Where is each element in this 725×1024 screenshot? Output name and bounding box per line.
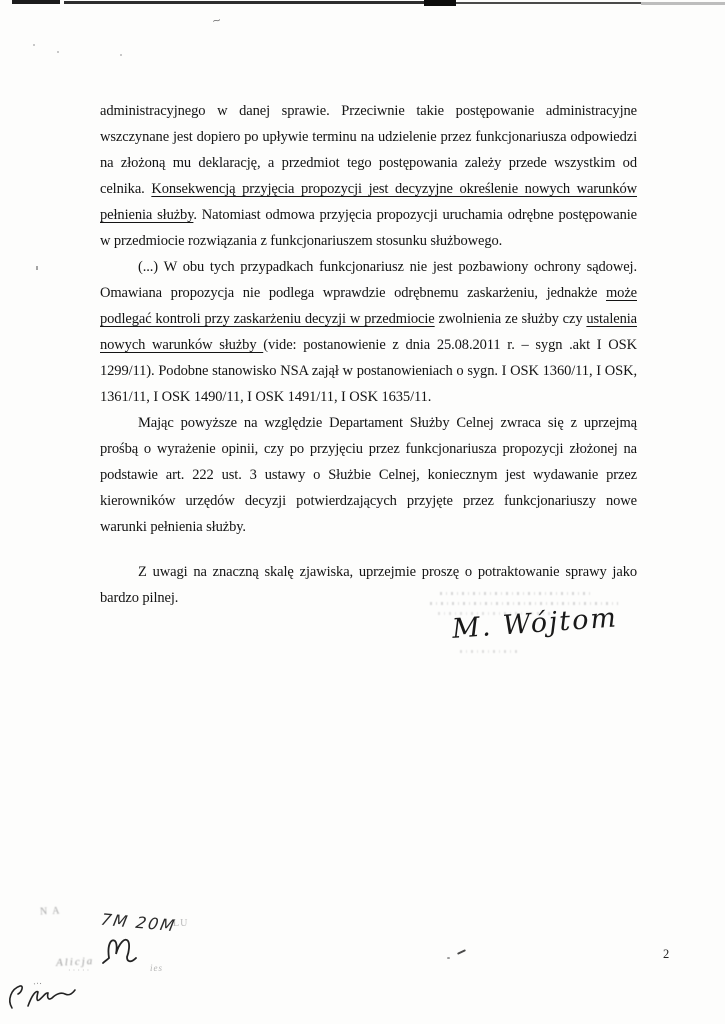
paragraph-3: Mając powyższe na względzie Departament … — [100, 410, 637, 540]
paragraph-2: (...) W obu tych przypadkach funkcjonari… — [100, 254, 637, 410]
page-number: 2 — [663, 947, 669, 962]
scan-speck — [36, 266, 38, 270]
stamp-text-fragment: ies — [150, 963, 163, 973]
scan-edge-strip — [64, 1, 424, 4]
pen-mark — [457, 949, 466, 955]
scan-speck — [33, 44, 35, 46]
paragraph-1: administracyjnego w danej sprawie. Przec… — [100, 98, 637, 254]
illegible-stamp-marks — [460, 650, 518, 653]
text-segment: zwolnienia ze służby czy — [435, 311, 587, 327]
pen-mark — [447, 957, 450, 959]
stamp-text-fragment: NA — [40, 905, 65, 917]
text-segment: (...) W obu tych przypadkach funkcjonari… — [100, 259, 637, 301]
scan-speck — [57, 51, 59, 53]
handwritten-date-note: 7M 20M — [99, 910, 178, 935]
scan-squiggle-mark: ~ — [211, 13, 222, 27]
scan-edge-strip — [12, 0, 60, 4]
illegible-stamp-marks — [440, 592, 590, 595]
handwritten-paraph — [100, 933, 150, 969]
text-segment: Mając powyższe na względzie Departament … — [100, 415, 637, 535]
text-segment: Z uwagi na znaczną skalę zjawiska, uprze… — [100, 564, 637, 606]
handwritten-scribble-signature — [4, 980, 82, 1016]
letter-body: administracyjnego w danej sprawie. Przec… — [100, 98, 637, 611]
scan-edge-strip — [641, 2, 725, 5]
scan-speck — [120, 54, 122, 56]
scan-edge-strip — [424, 0, 456, 6]
scan-edge-strip — [456, 2, 641, 4]
scanned-letter-page: ~ administracyjnego w danej sprawie. Prz… — [0, 0, 725, 1024]
stamp-text-fragment: ····· — [68, 966, 91, 975]
